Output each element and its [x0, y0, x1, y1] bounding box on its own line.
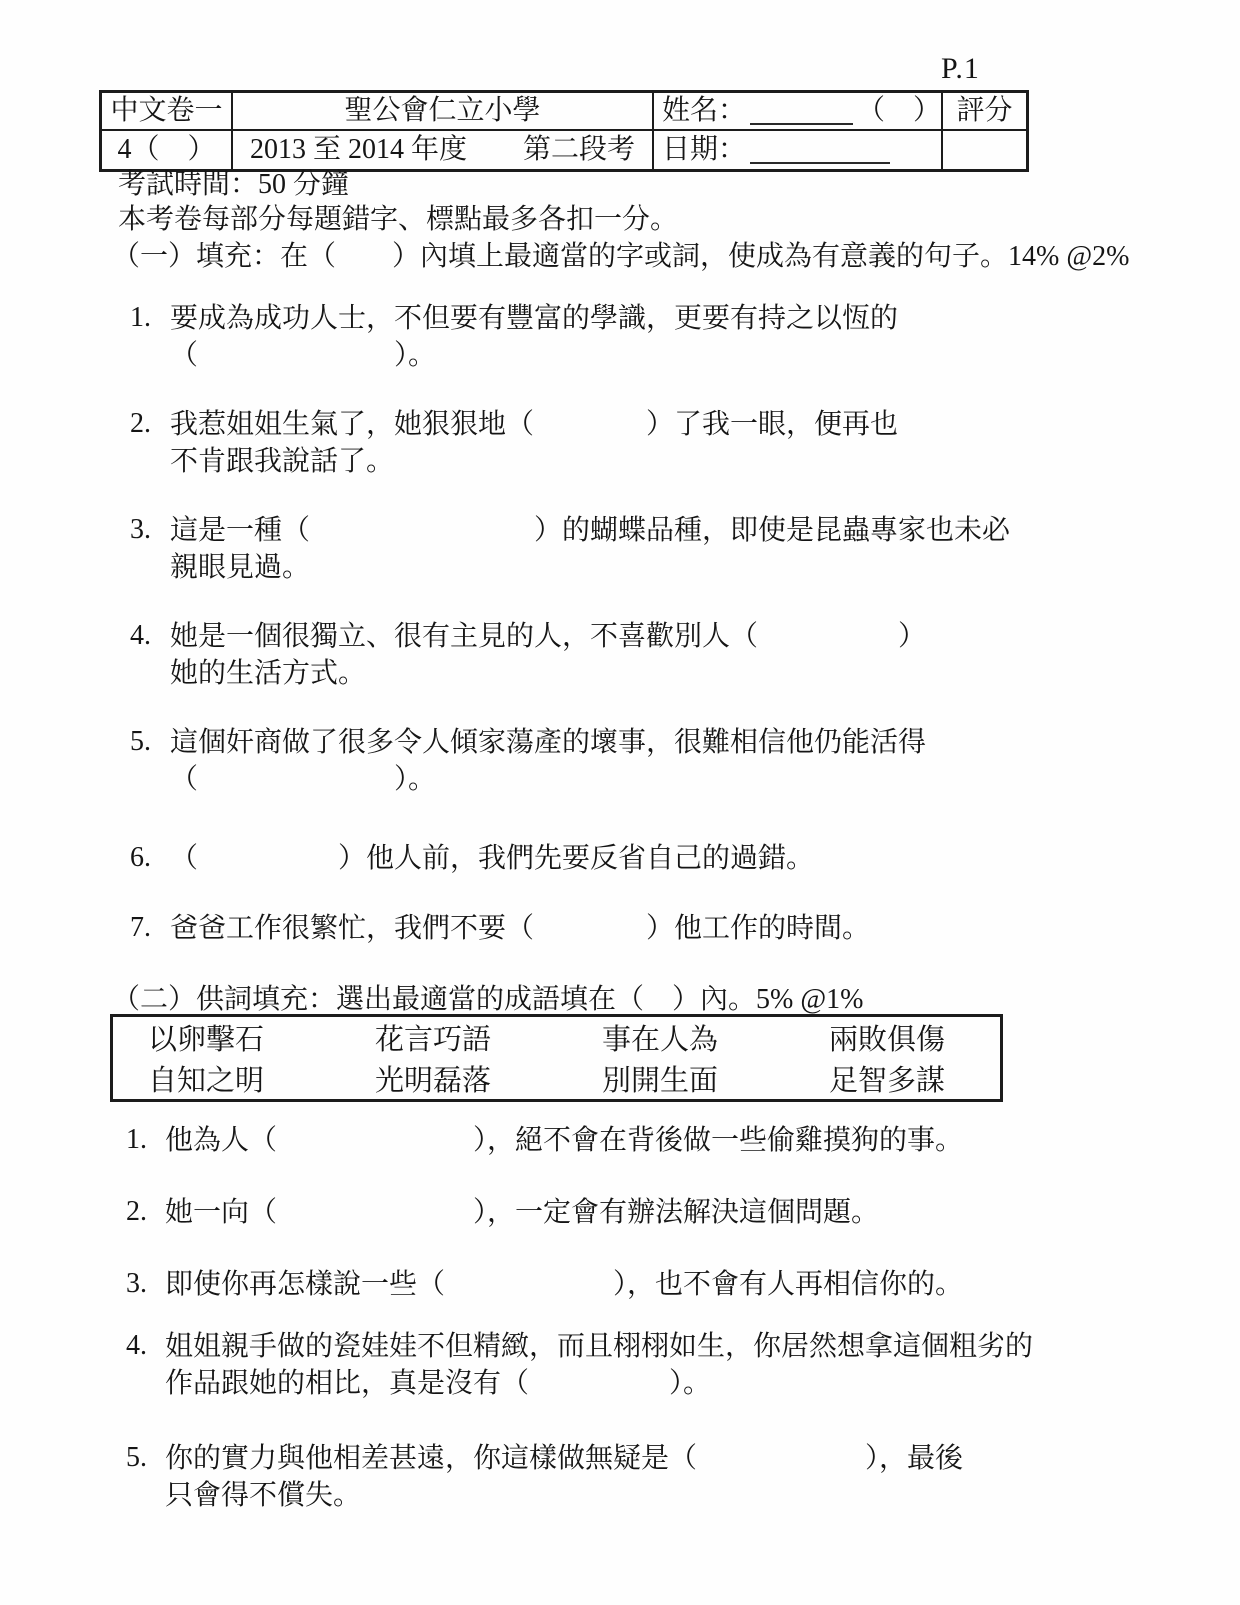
section2-question-5: 5. 你的實力與他相差甚遠，你這樣做無疑是（ ），最後 只會得不償失。	[126, 1440, 963, 1514]
school-name: 聖公會仁立小學	[344, 93, 540, 129]
exam-duration: 考試時間：50 分鐘	[118, 168, 349, 202]
question-line: 要成為成功人士，不但要有豐富的學識，更要有持之以恆的	[170, 300, 898, 337]
question-text: 我惹姐姐生氣了，她狠狠地（ ）了我一眼，便再也 不肯跟我說話了。	[170, 406, 898, 480]
section2-question-1: 1. 他為人（ ），絕不會在背後做一些偷雞摸狗的事。	[126, 1122, 963, 1159]
question-number: 2.	[126, 1194, 165, 1231]
score-label: 評分	[956, 93, 1012, 129]
score-label-cell: 評分	[943, 93, 1026, 131]
date-cell: 日期：	[654, 131, 943, 169]
question-line: 這是一種（ ）的蝴蝶品種，即使是昆蟲專家也未必	[170, 512, 1010, 549]
section1-question-1: 1. 要成為成功人士，不但要有豐富的學識，更要有持之以恆的 （ ）。	[130, 300, 898, 374]
question-number: 1.	[130, 300, 170, 374]
question-number: 4.	[130, 618, 170, 692]
date-label: 日期：	[662, 132, 746, 168]
question-line: 親眼見過。	[170, 549, 1010, 586]
word-bank-item: 事在人為	[602, 1017, 718, 1058]
class-cell: 4（ ）	[102, 131, 233, 169]
question-number: 1.	[126, 1122, 165, 1159]
word-bank-item: 足智多謀	[829, 1058, 945, 1099]
section1-question-6: 6. （ ）他人前，我們先要反省自己的過錯。	[130, 840, 814, 877]
name-paren: （ ）	[857, 93, 941, 129]
question-line: 我惹姐姐生氣了，她狠狠地（ ）了我一眼，便再也	[170, 406, 898, 443]
question-number: 3.	[130, 512, 170, 586]
section2-question-4: 4. 姐姐親手做的瓷娃娃不但精緻，而且栩栩如生，你居然想拿這個粗劣的 作品跟她的…	[126, 1328, 1033, 1402]
question-number: 5.	[130, 724, 170, 798]
word-bank-item: 花言巧語	[375, 1017, 491, 1058]
question-text: 這是一種（ ）的蝴蝶品種，即使是昆蟲專家也未必 親眼見過。	[170, 512, 1010, 586]
question-text: 姐姐親手做的瓷娃娃不但精緻，而且栩栩如生，你居然想拿這個粗劣的 作品跟她的相比，…	[165, 1328, 1033, 1402]
header-table: 中文卷一 聖公會仁立小學 姓名： （ ） 評分 4（ ） 2013 至 2014…	[99, 90, 1029, 172]
section1-question-3: 3. 這是一種（ ）的蝴蝶品種，即使是昆蟲專家也未必 親眼見過。	[130, 512, 1010, 586]
question-line: （ ）。	[170, 337, 898, 374]
section-one-heading: （一）填充：在（ ）內填上最適當的字或詞，使成為有意義的句子。14% @2%	[112, 240, 1129, 274]
question-text: 爸爸工作很繁忙，我們不要（ ）他工作的時間。	[170, 910, 870, 947]
question-number: 5.	[126, 1440, 165, 1514]
question-text: 你的實力與他相差甚遠，你這樣做無疑是（ ），最後 只會得不償失。	[165, 1440, 963, 1514]
word-bank-item: 以卵擊石	[148, 1017, 264, 1058]
name-label: 姓名：	[662, 93, 746, 129]
section1-question-5: 5. 這個奸商做了很多令人傾家蕩產的壞事，很難相信他仍能活得 （ ）。	[130, 724, 926, 798]
exam-title: 2013 至 2014 年度 第二段考	[250, 132, 635, 168]
question-line: 只會得不償失。	[165, 1477, 963, 1514]
section-two-heading: （二）供詞填充：選出最適當的成語填在（ ）內。5% @1%	[112, 983, 863, 1017]
question-line: 姐姐親手做的瓷娃娃不但精緻，而且栩栩如生，你居然想拿這個粗劣的	[165, 1328, 1033, 1365]
page-number: P.1	[941, 52, 980, 86]
question-line: 這個奸商做了很多令人傾家蕩產的壞事，很難相信他仍能活得	[170, 724, 926, 761]
question-text: 即使你再怎樣說一些（ ），也不會有人再相信你的。	[165, 1266, 963, 1303]
question-line: 她一向（ ），一定會有辦法解決這個問題。	[165, 1194, 879, 1231]
question-line: 她是一個很獨立、很有主見的人，不喜歡別人（ ）	[170, 618, 926, 655]
word-bank-row: 以卵擊石 花言巧語 事在人為 兩敗俱傷	[113, 1017, 1000, 1058]
question-line: （ ）他人前，我們先要反省自己的過錯。	[170, 840, 814, 877]
word-bank-item: 光明磊落	[375, 1058, 491, 1099]
section2-question-3: 3. 即使你再怎樣說一些（ ），也不會有人再相信你的。	[126, 1266, 963, 1303]
question-number: 6.	[130, 840, 170, 877]
question-line: 她的生活方式。	[170, 655, 926, 692]
section1-question-2: 2. 我惹姐姐生氣了，她狠狠地（ ）了我一眼，便再也 不肯跟我說話了。	[130, 406, 898, 480]
word-bank-item: 兩敗俱傷	[829, 1017, 945, 1058]
name-blank-line	[750, 97, 853, 126]
penalty-note: 本考卷每部分每題錯字、標點最多各扣一分。	[118, 203, 678, 237]
date-blank-line	[750, 136, 890, 165]
paper-title-cell: 中文卷一	[102, 93, 233, 131]
paper-title: 中文卷一	[110, 93, 222, 129]
section1-question-4: 4. 她是一個很獨立、很有主見的人，不喜歡別人（ ） 她的生活方式。	[130, 618, 926, 692]
question-text: 要成為成功人士，不但要有豐富的學識，更要有持之以恆的 （ ）。	[170, 300, 898, 374]
question-number: 2.	[130, 406, 170, 480]
class-line: 4（ ）	[117, 132, 215, 168]
question-text: 這個奸商做了很多令人傾家蕩產的壞事，很難相信他仍能活得 （ ）。	[170, 724, 926, 798]
question-number: 4.	[126, 1328, 165, 1402]
question-line: 他為人（ ），絕不會在背後做一些偷雞摸狗的事。	[165, 1122, 963, 1159]
exam-title-cell: 2013 至 2014 年度 第二段考	[233, 131, 654, 169]
exam-paper-page: P.1 中文卷一 聖公會仁立小學 姓名： （ ） 評分 4（ ） 2013 至 …	[0, 0, 1240, 1605]
question-text: 她一向（ ），一定會有辦法解決這個問題。	[165, 1194, 879, 1231]
question-number: 3.	[126, 1266, 165, 1303]
question-line: 即使你再怎樣說一些（ ），也不會有人再相信你的。	[165, 1266, 963, 1303]
question-line: 你的實力與他相差甚遠，你這樣做無疑是（ ），最後	[165, 1440, 963, 1477]
question-text: 她是一個很獨立、很有主見的人，不喜歡別人（ ） 她的生活方式。	[170, 618, 926, 692]
question-line: 作品跟她的相比，真是沒有（ ）。	[165, 1365, 1033, 1402]
question-number: 7.	[130, 910, 170, 947]
question-line: 不肯跟我說話了。	[170, 443, 898, 480]
word-bank-item: 自知之明	[148, 1058, 264, 1099]
question-text: 他為人（ ），絕不會在背後做一些偷雞摸狗的事。	[165, 1122, 963, 1159]
section1-question-7: 7. 爸爸工作很繁忙，我們不要（ ）他工作的時間。	[130, 910, 870, 947]
question-line: （ ）。	[170, 761, 926, 798]
score-value-cell	[943, 131, 1026, 169]
question-line: 爸爸工作很繁忙，我們不要（ ）他工作的時間。	[170, 910, 870, 947]
idiom-word-bank: 以卵擊石 花言巧語 事在人為 兩敗俱傷 自知之明 光明磊落 別開生面 足智多謀	[110, 1014, 1003, 1102]
school-name-cell: 聖公會仁立小學	[233, 93, 654, 131]
question-text: （ ）他人前，我們先要反省自己的過錯。	[170, 840, 814, 877]
word-bank-row: 自知之明 光明磊落 別開生面 足智多謀	[113, 1058, 1000, 1099]
section2-question-2: 2. 她一向（ ），一定會有辦法解決這個問題。	[126, 1194, 879, 1231]
word-bank-item: 別開生面	[602, 1058, 718, 1099]
name-cell: 姓名： （ ）	[654, 93, 943, 131]
